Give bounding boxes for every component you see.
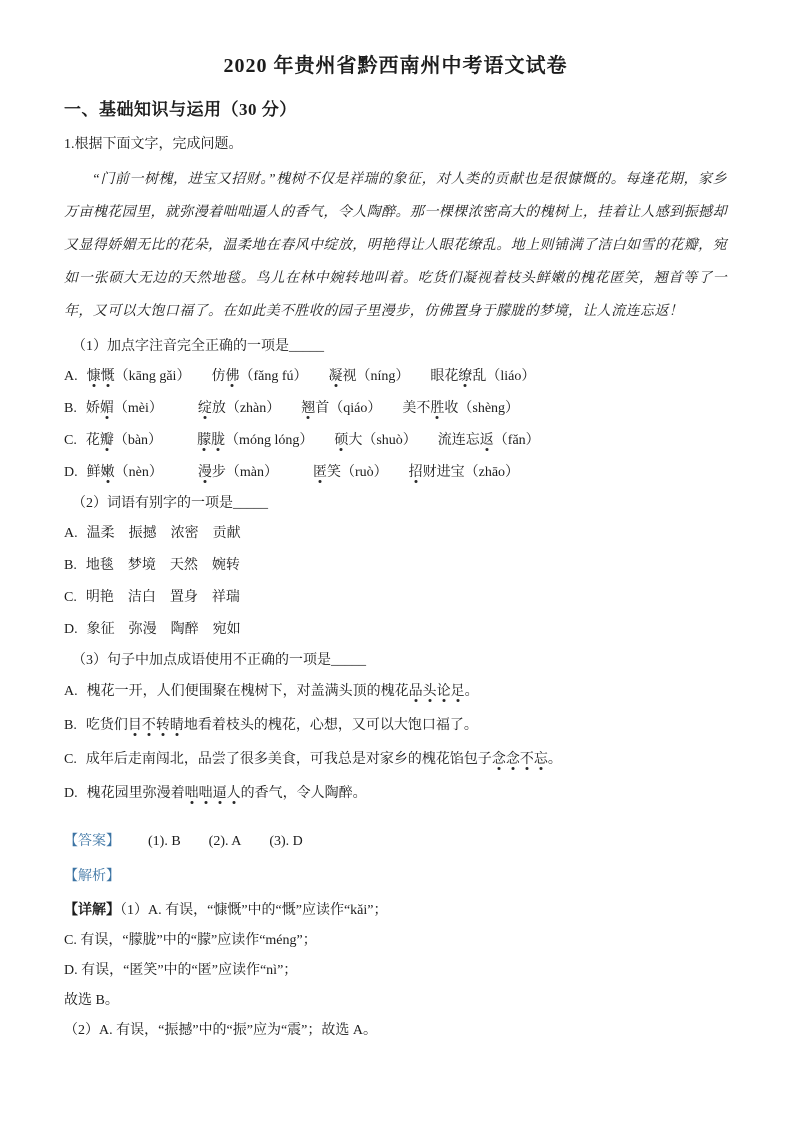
option-label: D. [64, 465, 78, 480]
option-text: 娇媚（mèi） 绽放（zhàn） 翘首（qiáo） 美不胜收（shèng） [86, 401, 519, 416]
q3-options: A.槐花一开，人们便围聚在槐树下，对盖满头顶的槐花品头论足。 B.吃货们目不转睛… [64, 675, 727, 811]
answer-label: 【答案】 [64, 834, 120, 849]
option-label: D. [64, 786, 78, 801]
detail-label: 【详解】 [64, 903, 120, 918]
q2-option-b: B.地毯 梦境 天然 婉转 [64, 550, 727, 582]
q1-option-d: D.鲜嫩（nèn） 漫步（màn） 匿笑（ruò） 招财进宝（zhāo） [64, 457, 727, 489]
option-text: 吃货们目不转睛地看着枝头的槐花，心想，又可以大饱口福了。 [86, 718, 478, 733]
detail-line-3: D. 有误，“匿笑”中的“匿”应读作“nì”； [64, 956, 727, 986]
option-label: B. [64, 401, 77, 416]
option-label: C. [64, 590, 77, 605]
q2-option-d: D.象征 弥漫 陶醉 宛如 [64, 614, 727, 646]
analysis-label: 【解析】 [64, 862, 727, 892]
section-heading: 一、基础知识与运用（30 分） [64, 98, 727, 122]
detail-line-2: C. 有误，“朦胧”中的“朦”应读作“méng”； [64, 926, 727, 956]
detail-text: （1）A. 有误，“慷慨”中的“慨”应读作“kǎi”； [120, 903, 388, 918]
q1-option-b: B.娇媚（mèi） 绽放（zhàn） 翘首（qiáo） 美不胜收（shèng） [64, 393, 727, 425]
option-label: B. [64, 558, 77, 573]
q1-option-c: C.花瓣（bàn） 朦胧（móng lóng） 硕大（shuò） 流连忘返（fǎ… [64, 425, 727, 457]
exam-paper-page: 2020 年贵州省黔西南州中考语文试卷 一、基础知识与运用（30 分） 1.根据… [0, 0, 793, 1122]
answer-item-2: (2). A [209, 834, 242, 849]
option-label: C. [64, 433, 77, 448]
answer-item-3: (3). D [269, 834, 302, 849]
analysis-detail: 【详解】（1）A. 有误，“慷慨”中的“慨”应读作“kǎi”； C. 有误，“朦… [64, 896, 727, 1046]
answer-line: 【答案】(1). B(2). A(3). D [64, 827, 727, 857]
option-text: 槐花一开，人们便围聚在槐树下，对盖满头顶的槐花品头论足。 [87, 684, 479, 699]
option-text: 慷慨（kāng gǎi） 仿佛（fǎng fú） 凝视（níng） 眼花缭乱（l… [87, 369, 536, 384]
option-label: A. [64, 369, 78, 384]
q3-option-a: A.槐花一开，人们便围聚在槐树下，对盖满头顶的槐花品头论足。 [64, 675, 727, 709]
option-text: 成年后走南闯北，品尝了很多美食，可我总是对家乡的槐花馅包子念念不忘。 [86, 752, 562, 767]
option-text: 温柔 振撼 浓密 贡献 [87, 526, 241, 541]
q2-option-a: A.温柔 振撼 浓密 贡献 [64, 518, 727, 550]
option-label: D. [64, 622, 78, 637]
reading-passage: “门前一树槐，进宝又招财。”槐树不仅是祥瑞的象征，对人类的贡献也是很慷慨的。每逢… [64, 163, 727, 328]
option-label: B. [64, 718, 77, 733]
option-text: 象征 弥漫 陶醉 宛如 [87, 622, 241, 637]
page-title: 2020 年贵州省黔西南州中考语文试卷 [64, 52, 727, 80]
q1-stem: （1）加点字注音完全正确的一项是_____ [64, 332, 727, 361]
q2-stem: （2）词语有别字的一项是_____ [64, 489, 727, 518]
option-text: 槐花园里弥漫着咄咄逼人的香气，令人陶醉。 [87, 786, 367, 801]
option-text: 鲜嫩（nèn） 漫步（màn） 匿笑（ruò） 招财进宝（zhāo） [87, 465, 519, 480]
option-text: 明艳 洁白 置身 祥瑞 [86, 590, 240, 605]
q3-option-b: B.吃货们目不转睛地看着枝头的槐花，心想，又可以大饱口福了。 [64, 709, 727, 743]
option-text: 花瓣（bàn） 朦胧（móng lóng） 硕大（shuò） 流连忘返（fǎn） [86, 433, 540, 448]
q2-options: A.温柔 振撼 浓密 贡献 B.地毯 梦境 天然 婉转 C.明艳 洁白 置身 祥… [64, 518, 727, 646]
option-label: C. [64, 752, 77, 767]
option-text: 地毯 梦境 天然 婉转 [86, 558, 240, 573]
q2-option-c: C.明艳 洁白 置身 祥瑞 [64, 582, 727, 614]
answer-item-1: (1). B [148, 834, 181, 849]
detail-line-4: 故选 B。 [64, 986, 727, 1016]
q1-options: A.慷慨（kāng gǎi） 仿佛（fǎng fú） 凝视（níng） 眼花缭乱… [64, 361, 727, 489]
option-label: A. [64, 684, 78, 699]
q1-option-a: A.慷慨（kāng gǎi） 仿佛（fǎng fú） 凝视（níng） 眼花缭乱… [64, 361, 727, 393]
q3-option-d: D.槐花园里弥漫着咄咄逼人的香气，令人陶醉。 [64, 777, 727, 811]
question-intro: 1.根据下面文字，完成问题。 [64, 134, 727, 155]
option-label: A. [64, 526, 78, 541]
q3-option-c: C.成年后走南闯北，品尝了很多美食，可我总是对家乡的槐花馅包子念念不忘。 [64, 743, 727, 777]
detail-line-5: （2）A. 有误，“振撼”中的“振”应为“震”；故选 A。 [64, 1016, 727, 1046]
detail-line-1: 【详解】（1）A. 有误，“慷慨”中的“慨”应读作“kǎi”； [64, 896, 727, 926]
q3-stem: （3）句子中加点成语使用不正确的一项是_____ [64, 646, 727, 675]
